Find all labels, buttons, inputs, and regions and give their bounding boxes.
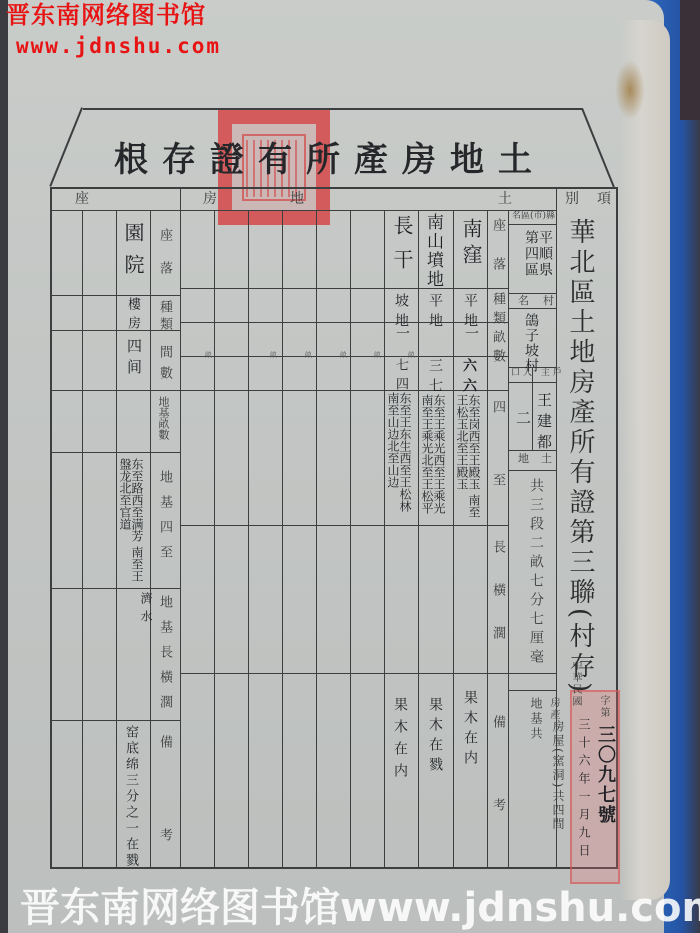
mu-mark: 畝 <box>340 350 347 360</box>
house-location: 園院 <box>123 222 143 286</box>
certificate-label: 華北區土地房產所有證第三聯(村存) <box>567 218 593 696</box>
house-type: 樓房 <box>126 297 139 335</box>
row-line <box>180 390 508 391</box>
land-label-notes: 備考 <box>491 715 504 881</box>
row-line <box>180 673 556 674</box>
watermark-bottom: 晋东南网络图书馆www.jdnshu.com <box>20 884 700 932</box>
parcel-3-location: 長干 <box>392 215 412 283</box>
header-bottom-border <box>50 187 618 189</box>
parcel-3-area-mu: 一 <box>395 326 409 346</box>
house-header: 房 座 <box>75 192 267 206</box>
owner-persons-label: 戶主 人口 <box>511 369 565 378</box>
mu-mark: 畝 <box>408 350 415 360</box>
col-line <box>282 210 283 867</box>
house-label-base-dims: 地基長橫濶 <box>158 595 171 720</box>
col-line <box>180 187 181 869</box>
row-line <box>180 288 508 289</box>
watermark-url: www.jdnshu.com <box>16 34 221 58</box>
date-label: 中華民國 <box>570 660 580 708</box>
persons-value: 二 <box>515 410 530 431</box>
row-line <box>52 720 180 721</box>
house-label: 房產 <box>548 697 558 721</box>
house-rooms: 四间 <box>126 338 141 380</box>
row-line <box>52 295 180 296</box>
parcel-3-boundaries: 东至王东生西至王松林 南至山边北至山边 <box>387 392 411 522</box>
date-value: 三十六年一月九日 <box>578 718 590 862</box>
section-header-divider <box>50 210 556 211</box>
village-value: 鴿子坡村 <box>524 313 538 373</box>
village-label: 村名 <box>518 295 568 306</box>
row-line <box>508 224 556 225</box>
house-label-base-area: 地基畝數 <box>158 396 169 440</box>
col-line <box>82 210 83 867</box>
parcel-1-notes: 果木在内 <box>463 690 477 770</box>
parcel-3-notes: 果木在内 <box>393 697 407 785</box>
header-right-slant <box>581 108 615 188</box>
col-line <box>248 210 249 867</box>
col-line <box>487 210 488 867</box>
parcel-2-boundaries: 东至王乘光西至王乘光 南至王乘光北至王松平 <box>421 394 445 524</box>
parcel-3-area-detail: 七四 <box>394 358 407 396</box>
col-line <box>350 210 351 867</box>
house-base-label: 地基共 <box>530 697 542 742</box>
col-line <box>116 210 117 867</box>
col-line <box>214 210 215 867</box>
row-line <box>180 525 508 526</box>
house-base-dims: 濟水 <box>140 592 152 628</box>
land-label-boundaries: 四至 <box>491 400 504 546</box>
parcel-2-area-detail: 三七 <box>428 358 442 398</box>
parcel-1-boundaries: 东至岗西至王殿玉 南至王松玉北至王殿玉 <box>456 394 480 519</box>
land-label-area: 畝數 <box>491 330 504 368</box>
mu-mark: 畝 <box>205 350 212 360</box>
parcel-1-area-detail: 六六 <box>462 358 476 398</box>
house-label-location: 座落 <box>158 228 171 294</box>
county-label: 縣(市)區名 <box>512 212 555 221</box>
serial-value: 三〇九七號 <box>596 725 614 825</box>
watermark-title: 晋东南网络图书馆 <box>6 0 206 30</box>
mu-mark: 畝 <box>374 350 381 360</box>
col-line <box>316 210 317 867</box>
row-line <box>52 452 180 453</box>
parcel-2-type: 平地 <box>428 293 442 333</box>
col-line <box>532 367 533 450</box>
parcel-2-location: 南山墳地 <box>424 213 441 289</box>
owner-label: 戶主 <box>541 368 565 378</box>
col-line <box>453 210 454 867</box>
owner-value: 王建都 <box>536 392 551 455</box>
land-label-location: 座落 <box>491 218 504 296</box>
header-top-border <box>83 108 583 110</box>
row-line <box>52 390 180 391</box>
row-line <box>508 470 556 471</box>
certificate-form: 土地房產所有證存根 項別 土 地 房 座 華北區土地房產所有證第三聯(村存) <box>0 0 700 933</box>
col-line <box>418 210 419 867</box>
parcel-2-notes: 果木在戮 <box>428 697 442 777</box>
land-label-dims: 長橫濶 <box>491 540 504 669</box>
land-label-type: 種類 <box>491 292 504 330</box>
document-title: 土地房產所有證存根 <box>90 132 570 181</box>
house-value: 房屋(窯洞)共四間 <box>552 720 564 831</box>
parcel-1-area-mu: 一 <box>464 326 478 346</box>
row-line <box>508 308 556 309</box>
house-label-base-boundaries: 地基四至 <box>158 470 171 570</box>
house-label-type: 種類 <box>158 300 171 334</box>
county-value: 平順県第四區 <box>512 230 552 290</box>
row-line <box>180 322 508 323</box>
parcel-1-location: 南窪 <box>461 218 481 270</box>
persons-label: 人口 <box>511 368 535 378</box>
house-label-rooms: 間數 <box>158 345 171 387</box>
mu-mark: 畝 <box>305 350 312 360</box>
col-line <box>150 210 151 867</box>
row-line <box>508 690 556 691</box>
serial-label: 字第 <box>598 695 608 719</box>
row-line <box>52 588 180 589</box>
house-notes: 窑底绵三分之一在戮 <box>124 725 137 869</box>
house-base-boundaries: 东至路西至满芳 南至王盤龙北至官道 <box>119 458 143 583</box>
header-left-slant <box>49 107 83 187</box>
land-label: 土地 <box>518 453 564 464</box>
col-line <box>384 210 385 867</box>
mu-mark: 畝 <box>270 350 277 360</box>
frame-left <box>50 187 52 869</box>
land-total-value: 共三段二畝七分七厘毫 <box>529 478 543 668</box>
